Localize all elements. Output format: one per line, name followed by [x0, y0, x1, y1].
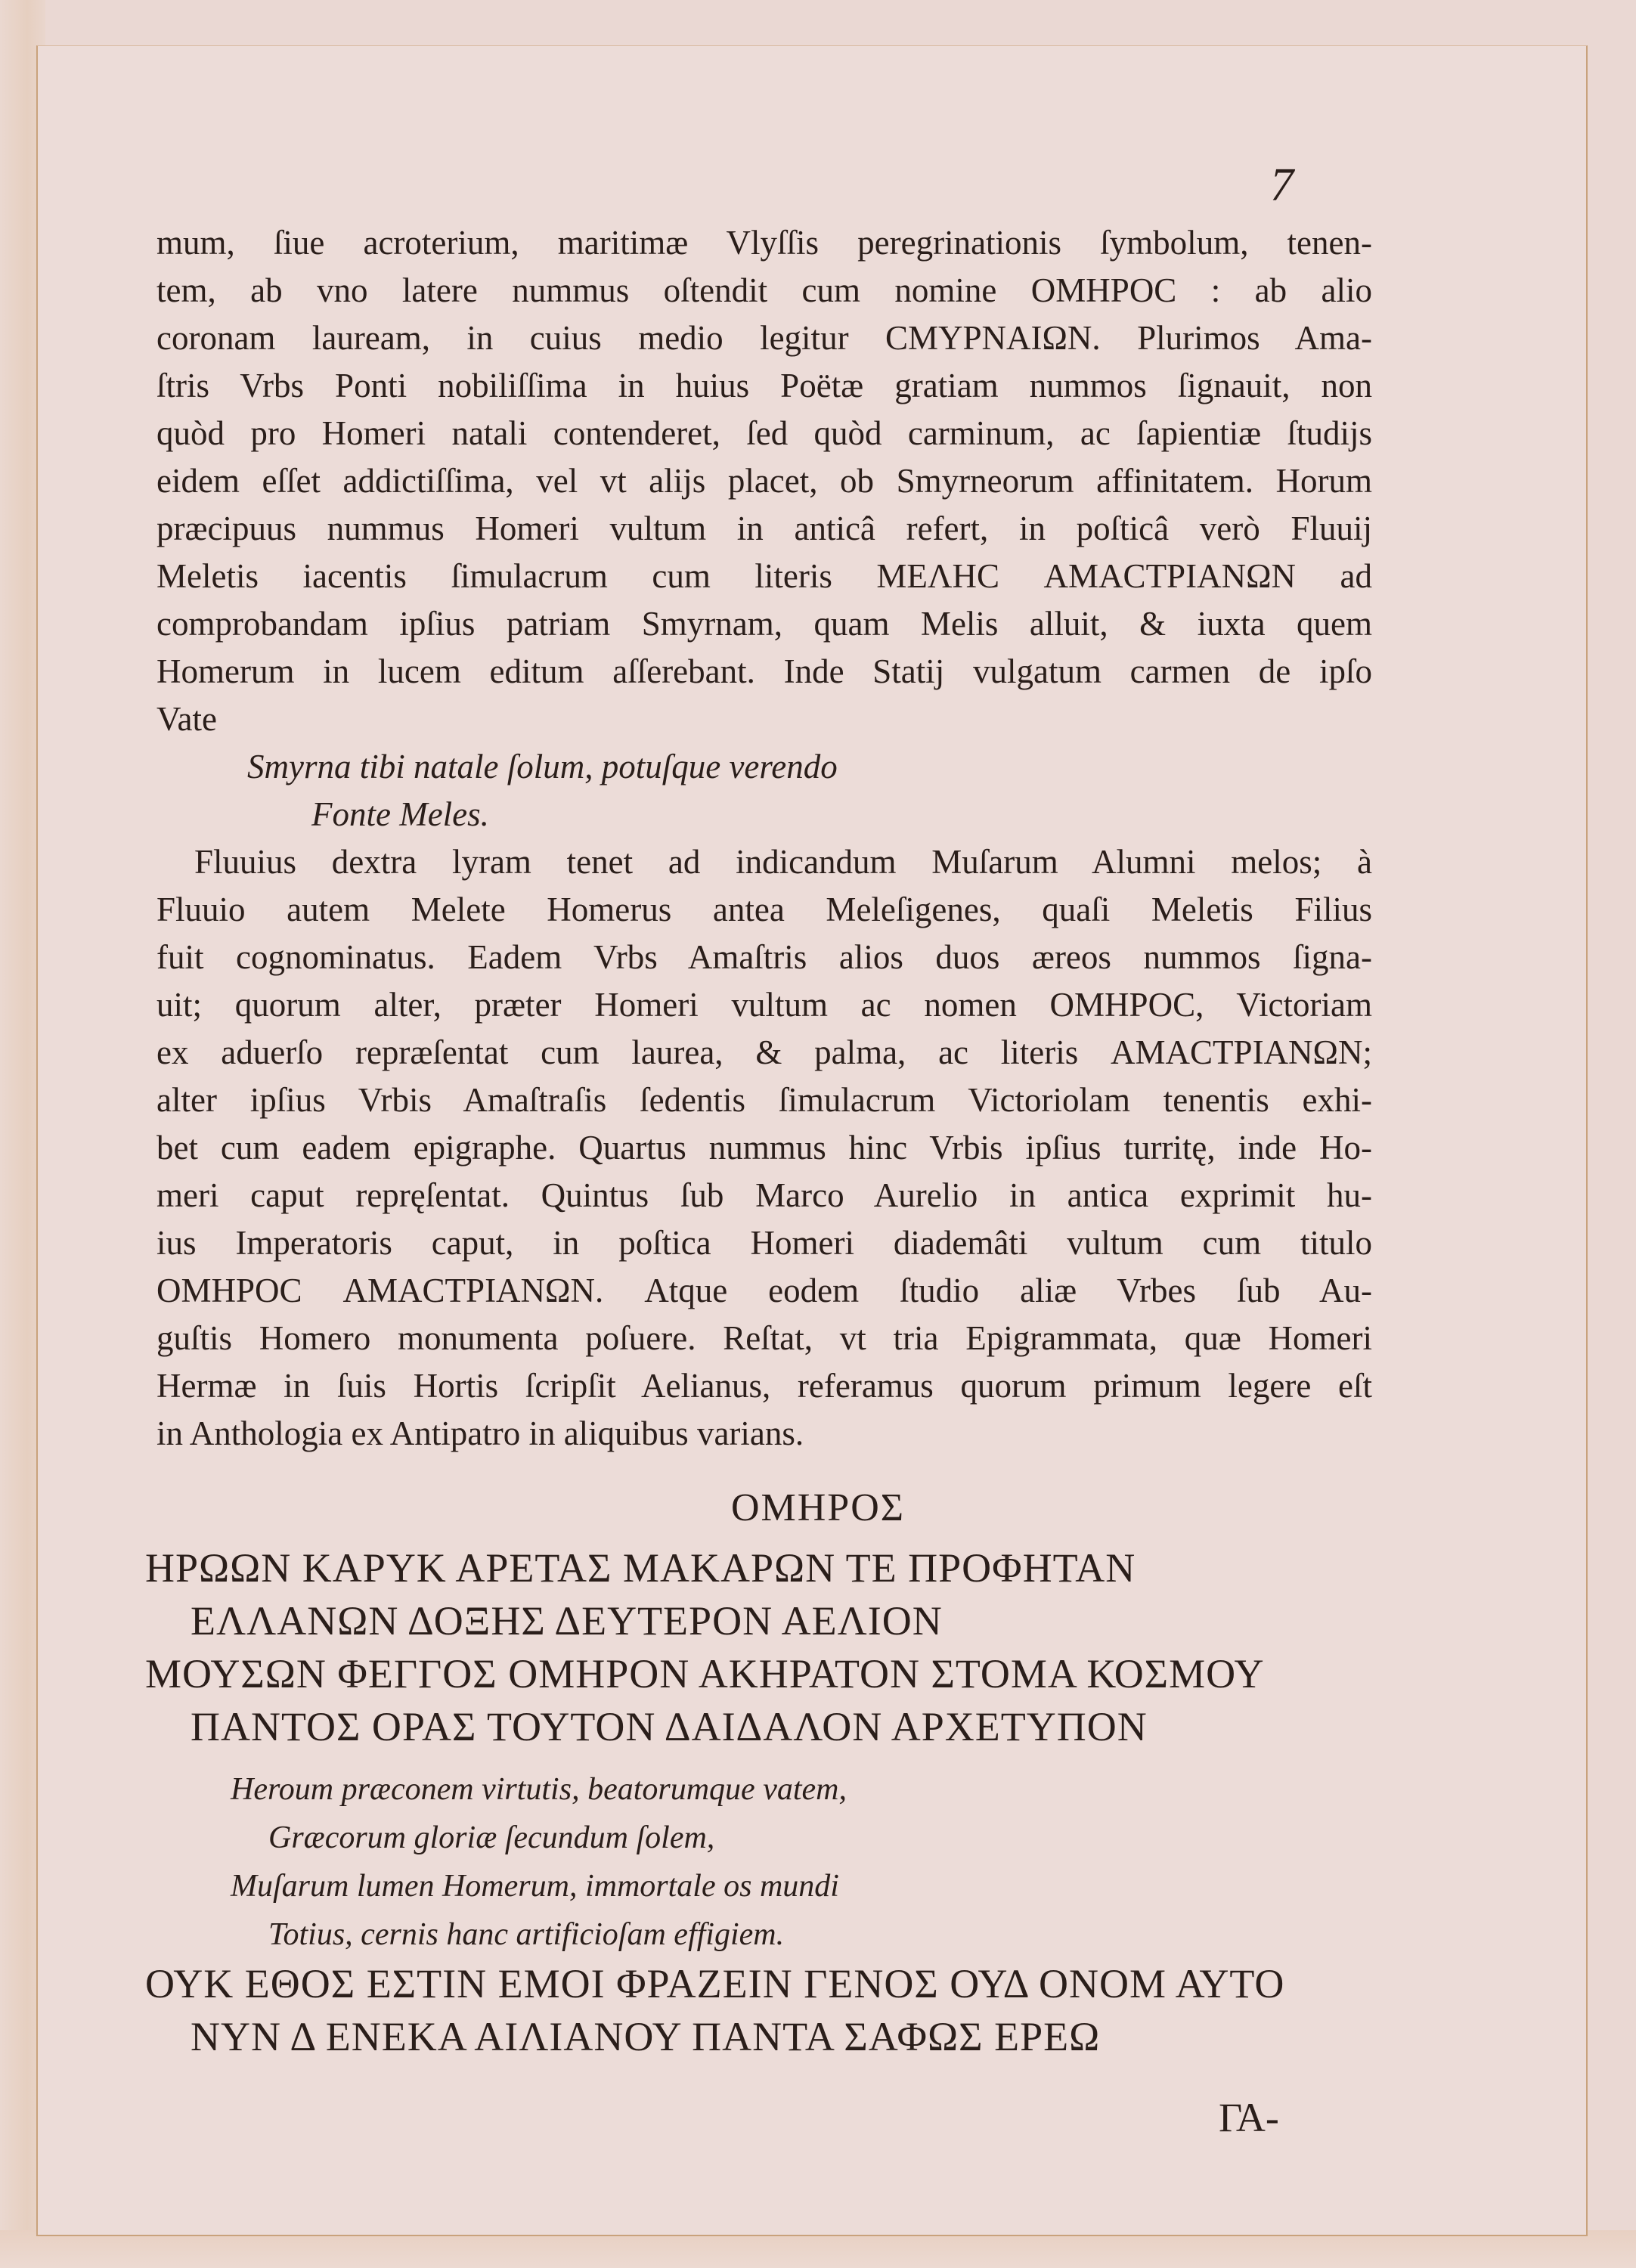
greek-line: ΟΥΚ ΕΘΟΣ ΕΣΤΙΝ ΕΜΟΙ ΦΡΑΖΕΙΝ ΓΕΝΟΣ ΟΥΔ ΟΝ… — [145, 1958, 1284, 2011]
quoted-verse-line: Fonte Meles. — [156, 791, 1372, 838]
greek-line: ΜΟΥΣΩΝ ΦΕΓΓΟΣ ΟΜΗΡΟΝ ΑΚΗΡΑΤΟΝ ΣΤΟΜΑ ΚΟΣΜ… — [145, 1648, 1400, 1701]
greek-line: ΠΑΝΤΟΣ ΟΡΑΣ ΤΟΥΤΟΝ ΔΑΙΔΑΛΟΝ ΑΡΧΕΤΥΠΟΝ — [145, 1701, 1400, 1754]
text-line: quòd pro Homeri natali contenderet, ſed … — [156, 410, 1372, 457]
greek-epigram: ΗΡΩΩΝ ΚΑΡΥΚ ΑΡΕΤΑΣ ΜΑΚΑΡΩΝ ΤΕ ΠΡΟΦΗΤΑΝ Ε… — [145, 1542, 1400, 1754]
text-line: eidem eſſet addictiſſima, vel vt alijs p… — [156, 457, 1372, 505]
text-line: uit; quorum alter, præter Homeri vultum … — [156, 981, 1372, 1029]
text-line: ſtris Vrbs Ponti nobiliſſima in huius Po… — [156, 362, 1372, 410]
text-line: meri caput repręſentat. Quintus ſub Marc… — [156, 1172, 1372, 1219]
greek-line: ΝΥΝ Δ ΕΝΕΚΑ ΑΙΛΙΑΝΟΥ ΠΑΝΤΑ ΣΑΦΩΣ ΕΡΕΩ — [145, 2011, 1284, 2064]
text-line: fuit cognominatus. Eadem Vrbs Amaſtris a… — [156, 934, 1372, 981]
text-line: ius Imperatoris caput, in poſtica Homeri… — [156, 1219, 1372, 1267]
greek-line: ΕΛΛΑΝΩΝ ΔΟΞΗΣ ΔΕΥΤΕΡΟΝ ΑΕΛΙΟΝ — [145, 1595, 1400, 1648]
latin-line: Heroum præconem virtutis, beatorumque va… — [231, 1765, 847, 1814]
text-line: Fluuio autem Melete Homerus antea Meleſi… — [156, 886, 1372, 934]
text-line: Vate — [156, 696, 1372, 743]
text-line: mum, ſiue acroterium, maritimæ Vlyſſis p… — [156, 219, 1372, 267]
text-line: tem, ab vno latere nummus oſtendit cum n… — [156, 267, 1372, 314]
text-line: guſtis Homero monumenta poſuere. Reſtat,… — [156, 1315, 1372, 1362]
latin-line: Græcorum gloriæ ſecundum ſolem, — [231, 1814, 847, 1862]
latin-line: Muſarum lumen Homerum, immortale os mund… — [231, 1862, 847, 1910]
body-text: mum, ſiue acroterium, maritimæ Vlyſſis p… — [156, 219, 1372, 1458]
page-number: 7 — [1270, 159, 1294, 212]
text-line: Hermæ in ſuis Hortis ſcripſit Aelianus, … — [156, 1362, 1372, 1410]
epigram-title: ΟΜΗΡΟΣ — [0, 1486, 1636, 1530]
text-line: Homerum in lucem editum aſſerebant. Inde… — [156, 648, 1372, 696]
text-line: in Anthologia ex Antipatro in aliquibus … — [156, 1410, 1372, 1458]
text-line: Meletis iacentis ſimulacrum cum literis … — [156, 553, 1372, 600]
paragraph-first-line: Fluuius dextra lyram tenet ad indicandum… — [156, 838, 1372, 886]
text-line: bet cum eadem epigraphe. Quartus nummus … — [156, 1124, 1372, 1172]
catchword: ΓΑ- — [1219, 2094, 1279, 2141]
text-line: comprobandam ipſius patriam Smyrnam, qua… — [156, 600, 1372, 648]
greek-epigram-2: ΟΥΚ ΕΘΟΣ ΕΣΤΙΝ ΕΜΟΙ ΦΡΑΖΕΙΝ ΓΕΝΟΣ ΟΥΔ ΟΝ… — [145, 1958, 1284, 2064]
text-line: coronam lauream, in cuius medio legitur … — [156, 314, 1372, 362]
quoted-verse-line: Smyrna tibi natale ſolum, potuſque veren… — [156, 743, 1372, 791]
latin-line: Totius, cernis hanc artificioſam effigie… — [231, 1910, 847, 1959]
latin-translation: Heroum præconem virtutis, beatorumque va… — [231, 1765, 847, 1959]
greek-line: ΗΡΩΩΝ ΚΑΡΥΚ ΑΡΕΤΑΣ ΜΑΚΑΡΩΝ ΤΕ ΠΡΟΦΗΤΑΝ — [145, 1542, 1400, 1595]
text-line: præcipuus nummus Homeri vultum in anticâ… — [156, 505, 1372, 553]
text-line: ΟΜΗΡΟC ΑΜΑCΤΡΙΑΝΩΝ. Atque eodem ſtudio a… — [156, 1267, 1372, 1315]
text-line: alter ipſius Vrbis Amaſtraſis ſedentis ſ… — [156, 1077, 1372, 1124]
text-line: ex aduerſo repræſentat cum laurea, & pal… — [156, 1029, 1372, 1077]
